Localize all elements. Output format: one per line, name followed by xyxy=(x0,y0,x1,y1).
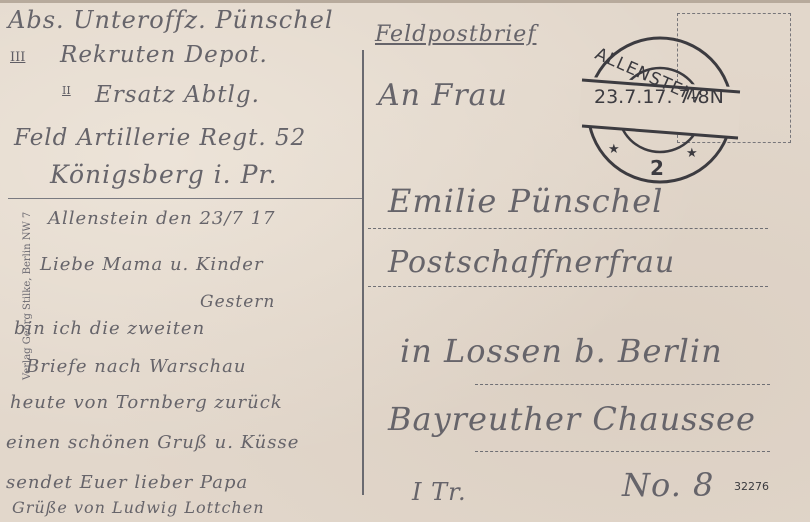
recipient-floor: I Tr. xyxy=(412,478,467,506)
message-line-2: Liebe Mama u. Kinder xyxy=(40,254,264,275)
card-number: 32276 xyxy=(734,480,769,493)
message-line-7: einen schönen Gruß u. Küsse xyxy=(6,432,299,453)
sender-line-3: Ersatz Abtlg. xyxy=(95,82,260,108)
message-line-6: heute von Tornberg zurück xyxy=(10,392,283,413)
publisher-imprint: Verlag Georg Stilke, Berlin NW 7 xyxy=(22,212,33,380)
postmark-cancellation: ALLENSTEIN 23.7.17. 7-8N ★ 2 ★ xyxy=(572,30,742,190)
sender-line-1: Abs. Unteroffz. Pünschel xyxy=(8,6,334,34)
recipient-street: Bayreuther Chaussee xyxy=(388,400,756,438)
roman-mark-3: III xyxy=(10,50,25,65)
sender-line-4: Feld Artillerie Regt. 52 xyxy=(14,125,306,151)
message-line-1: Allenstein den 23/7 17 xyxy=(48,208,276,229)
center-divider xyxy=(362,50,364,495)
roman-mark-2: II xyxy=(62,84,71,97)
service-note: Feldpostbrief xyxy=(375,22,536,47)
message-line-8: sendet Euer lieber Papa xyxy=(6,472,248,493)
recipient-house-number: No. 8 xyxy=(622,466,714,504)
sender-line-5: Königsberg i. Pr. xyxy=(50,160,278,189)
address-dotted-line-1 xyxy=(368,228,768,229)
address-dotted-line-4 xyxy=(475,451,770,452)
postmark-date: 23.7.17. 7-8N xyxy=(594,86,724,108)
message-line-5: Briefe nach Warschau xyxy=(26,356,247,377)
recipient-occupation: Postschaffnerfrau xyxy=(388,245,675,280)
message-line-4: bin ich die zweiten xyxy=(14,318,205,339)
postmark-star-right-icon: ★ xyxy=(686,146,698,161)
sender-rule xyxy=(8,198,363,199)
card-top-edge xyxy=(0,0,810,3)
salutation: An Frau xyxy=(378,78,508,113)
address-dotted-line-2 xyxy=(368,286,768,287)
recipient-city: in Lossen b. Berlin xyxy=(400,332,723,370)
postmark-star-left-icon: ★ xyxy=(608,142,620,157)
postcard-back: Abs. Unteroffz. Pünschel III Rekruten De… xyxy=(0,0,810,522)
message-line-9: Grüße von Ludwig Lottchen xyxy=(12,498,265,517)
postmark-number: 2 xyxy=(650,156,664,180)
message-line-3: Gestern xyxy=(200,292,275,312)
sender-line-2: Rekruten Depot. xyxy=(60,42,268,68)
address-dotted-line-3 xyxy=(475,384,770,385)
